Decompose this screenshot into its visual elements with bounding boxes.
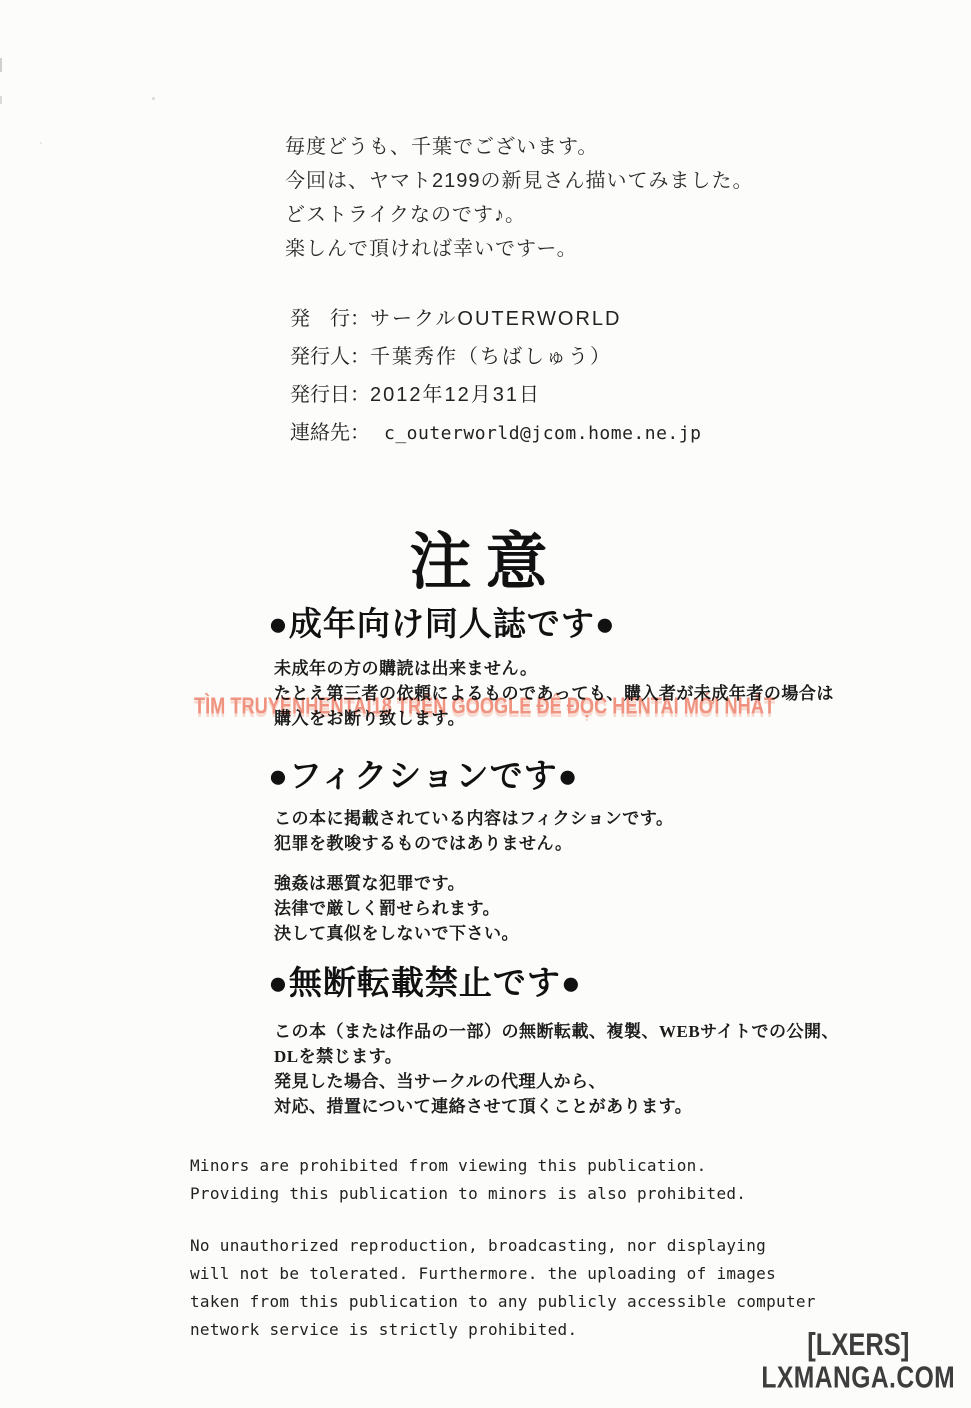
scan-speck bbox=[152, 97, 155, 100]
english-line: network service is strictly prohibited. bbox=[190, 1316, 816, 1344]
colophon-label: 発行人： bbox=[290, 346, 370, 368]
body-line: 対応、措置について連絡させて頂くことがあります。 bbox=[274, 1094, 839, 1119]
colophon-row-date: 発行日：2012年12月31日 bbox=[290, 376, 701, 414]
section-body-no-reproduction: この本（または作品の一部）の無断転載、複製、WEBサイトでの公開、 DLを禁じま… bbox=[274, 1019, 839, 1119]
greeting-line: どストライクなのです♪。 bbox=[285, 198, 754, 232]
colophon-row-author: 発行人：千葉秀作（ちばしゅう） bbox=[290, 338, 701, 376]
colophon-row-contact-email: 連絡先：c_outerworld@jcom.home.ne.jp bbox=[290, 414, 701, 453]
english-line: will not be tolerated. Furthermore. the … bbox=[190, 1260, 816, 1288]
scan-speck bbox=[40, 142, 42, 144]
section-body-fiction: この本に掲載されている内容はフィクションです。 犯罪を教唆するものではありません… bbox=[274, 806, 673, 856]
english-line: Minors are prohibited from viewing this … bbox=[190, 1152, 746, 1180]
english-line: No unauthorized reproduction, broadcasti… bbox=[190, 1232, 816, 1260]
colophon-value: 2012年12月31日 bbox=[370, 384, 541, 406]
body-line: 発見した場合、当サークルの代理人から、 bbox=[274, 1069, 839, 1094]
body-line: 決して真似をしないで下さい。 bbox=[274, 921, 519, 946]
scan-edge-mark bbox=[0, 58, 2, 72]
greeting-line: 今回は、ヤマト2199の新見さん描いてみました。 bbox=[285, 164, 754, 198]
english-reproduction-notice: No unauthorized reproduction, broadcasti… bbox=[190, 1232, 816, 1344]
colophon-row-publisher: 発 行：サークルOUTERWORLD bbox=[290, 300, 701, 338]
colophon-value: サークルOUTERWORLD bbox=[370, 308, 621, 330]
english-minors-notice: Minors are prohibited from viewing this … bbox=[190, 1152, 746, 1208]
body-line: 法律で厳しく罰せられます。 bbox=[274, 896, 519, 921]
greeting-line: 毎度どうも、千葉でございます。 bbox=[285, 130, 754, 164]
section-heading-no-reproduction: ●無断転載禁止です● bbox=[268, 957, 582, 1004]
colophon-value: 千葉秀作（ちばしゅう） bbox=[370, 346, 612, 368]
pirate-site-watermark: TÌM TRUYENHENTAI18 TRÊN GOOGLE ĐỂ ĐỌC HE… bbox=[194, 694, 775, 720]
scanned-doujinshi-afterword-page: 毎度どうも、千葉でございます。 今回は、ヤマト2199の新見さん描いてみました。… bbox=[0, 0, 971, 1408]
body-line: DLを禁じます。 bbox=[274, 1044, 839, 1069]
colophon-label: 発行日： bbox=[290, 384, 370, 406]
body-line: 犯罪を教唆するものではありません。 bbox=[274, 831, 673, 856]
body-line: 強姦は悪質な犯罪です。 bbox=[274, 871, 519, 896]
section-heading-fiction: ●フィクションです● bbox=[268, 750, 579, 797]
scanlation-site-watermark: [LXERS] LXMANGA.COM bbox=[761, 1329, 955, 1394]
section-body-crime-warning: 強姦は悪質な犯罪です。 法律で厳しく罰せられます。 決して真似をしないで下さい。 bbox=[274, 871, 519, 946]
body-line: この本に掲載されている内容はフィクションです。 bbox=[274, 806, 673, 831]
colophon-email: c_outerworld@jcom.home.ne.jp bbox=[370, 423, 701, 444]
site-watermark-domain: LXMANGA.COM bbox=[761, 1362, 955, 1394]
greeting-line: 楽しんで頂ければ幸いですー。 bbox=[285, 232, 754, 266]
colophon-label: 連絡先： bbox=[290, 422, 370, 444]
english-line: taken from this publication to any publi… bbox=[190, 1288, 816, 1316]
author-greeting: 毎度どうも、千葉でございます。 今回は、ヤマト2199の新見さん描いてみました。… bbox=[285, 130, 754, 266]
scan-edge-mark bbox=[0, 96, 2, 104]
notice-title: 注意 bbox=[0, 512, 971, 601]
colophon-label: 発 行： bbox=[290, 308, 370, 330]
english-line: Providing this publication to minors is … bbox=[190, 1180, 746, 1208]
body-line: この本（または作品の一部）の無断転載、複製、WEBサイトでの公開、 bbox=[274, 1019, 839, 1044]
site-watermark-tag: [LXERS] bbox=[761, 1329, 955, 1361]
section-heading-adult-only: ●成年向け同人誌です● bbox=[268, 598, 616, 645]
colophon: 発 行：サークルOUTERWORLD 発行人：千葉秀作（ちばしゅう） 発行日：2… bbox=[290, 300, 701, 453]
body-line: 未成年の方の購読は出来ません。 bbox=[274, 656, 834, 681]
